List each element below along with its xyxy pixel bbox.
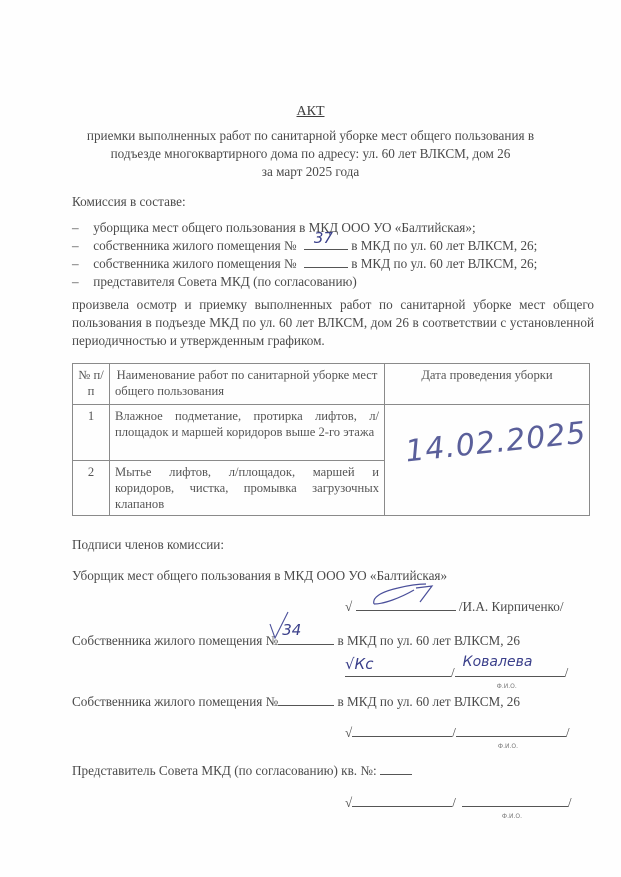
owner1-label-row: Собственника жилого помещения № 34 в МКД… — [72, 632, 520, 649]
row-num: 1 — [73, 405, 110, 461]
check-mark: √ — [345, 725, 352, 740]
check-mark: √ — [345, 795, 352, 810]
slash: / — [452, 795, 456, 810]
cleaner-signature-row: √ /И.А. Кирпиченко/ — [345, 596, 564, 615]
apartment-number-field — [304, 255, 348, 268]
row-work-name: Мытье лифтов, л/площадок, маршей и корид… — [110, 461, 385, 516]
slash: / — [565, 665, 569, 680]
commission-member-3: – собственника жилого помещения № в МКД … — [72, 255, 537, 272]
signatures-heading: Подписи членов комиссии: — [72, 536, 224, 553]
owner2-label-before: Собственника жилого помещения № — [72, 694, 278, 709]
works-table: № п/п Наименование работ по санитарной у… — [72, 363, 590, 516]
owner2-label-after: в МКД по ул. 60 лет ВЛКСМ, 26 — [338, 694, 520, 709]
handwritten-name: Ковалева — [463, 654, 533, 671]
table-header-row: № п/п Наименование работ по санитарной у… — [73, 364, 590, 405]
commission-member-1: – уборщика мест общего пользования в МКД… — [72, 219, 476, 236]
cleaner-name: /И.А. Кирпиченко/ — [459, 599, 564, 614]
commission-heading: Комиссия в составе: — [72, 193, 186, 210]
member-text-after: в МКД по ул. 60 лет ВЛКСМ, 26; — [351, 238, 537, 253]
header-num: № п/п — [73, 364, 110, 405]
commission-member-4: – представителя Совета МКД (по согласова… — [72, 273, 357, 290]
cleaner-signature-line — [356, 596, 456, 611]
owner1-signature-line: √Кс — [345, 662, 451, 677]
document-title: АКТ — [0, 104, 621, 120]
member-text-before: собственника жилого помещения № — [93, 256, 296, 271]
table-row: 1 Влажное подметание, протирка лифтов, л… — [73, 405, 590, 461]
list-dash: – — [72, 273, 90, 290]
handwritten-apartment-number: 37 — [314, 230, 333, 247]
apartment-number-field: 37 — [304, 237, 348, 250]
subtitle-line-1: приемки выполненных работ по санитарной … — [0, 128, 621, 144]
council-apartment-field — [380, 762, 412, 775]
row-work-name: Влажное подметание, протирка лифтов, л/п… — [110, 405, 385, 461]
statement-paragraph: произвела осмотр и приемку выполненных р… — [72, 296, 594, 350]
commission-member-2: – собственника жилого помещения № 37 в М… — [72, 237, 537, 254]
owner2-fio-line: Ф.И.О. — [456, 722, 566, 737]
subtitle-line-2: подъезде многоквартирного дома по адресу… — [0, 146, 621, 162]
check-mark: √ — [345, 599, 352, 614]
row-num: 2 — [73, 461, 110, 516]
list-dash: – — [72, 255, 90, 272]
owner1-apartment-field: 34 — [278, 632, 334, 645]
handwritten-signature: √Кс — [345, 656, 373, 673]
owner1-signature-row: √Кс / Ковалева Ф.И.О. / — [345, 662, 568, 681]
owner2-signature-line — [352, 722, 452, 737]
member-text: уборщика мест общего пользования в МКД О… — [93, 220, 475, 235]
member-text-after: в МКД по ул. 60 лет ВЛКСМ, 26; — [351, 256, 537, 271]
owner2-signature-row: √/ Ф.И.О. / — [345, 722, 570, 741]
member-text-before: собственника жилого помещения № — [93, 238, 296, 253]
header-work-name: Наименование работ по санитарной уборке … — [110, 364, 385, 405]
owner1-fio-line: Ковалева Ф.И.О. — [455, 662, 565, 677]
owner1-label-after: в МКД по ул. 60 лет ВЛКСМ, 26 — [338, 633, 520, 648]
handwritten-signature-icon — [370, 582, 440, 608]
list-dash: – — [72, 237, 90, 254]
date-cell: 14.02.2025 — [385, 405, 590, 516]
header-date: Дата проведения уборки — [385, 364, 590, 405]
check-mark-icon — [268, 610, 290, 640]
council-label: Представитель Совета МКД (по согласовани… — [72, 763, 377, 778]
list-dash: – — [72, 219, 90, 236]
council-signature-line — [352, 792, 452, 807]
member-text: представителя Совета МКД (по согласовани… — [93, 274, 356, 289]
slash: / — [566, 725, 570, 740]
owner1-label-before: Собственника жилого помещения № — [72, 633, 278, 648]
scanned-document-page: АКТ приемки выполненных работ по санитар… — [0, 0, 621, 877]
council-label-row: Представитель Совета МКД (по согласовани… — [72, 762, 412, 779]
owner2-label-row: Собственника жилого помещения № в МКД по… — [72, 693, 520, 710]
council-fio-line: Ф.И.О. — [462, 792, 568, 807]
owner2-apartment-field — [278, 693, 334, 706]
council-signature-row: √/ Ф.И.О. / — [345, 792, 572, 811]
fio-caption: Ф.И.О. — [502, 808, 522, 825]
handwritten-date: 14.02.2025 — [405, 426, 587, 461]
slash: / — [568, 795, 572, 810]
subtitle-line-3: за март 2025 года — [0, 164, 621, 180]
fio-caption: Ф.И.О. — [498, 738, 518, 755]
